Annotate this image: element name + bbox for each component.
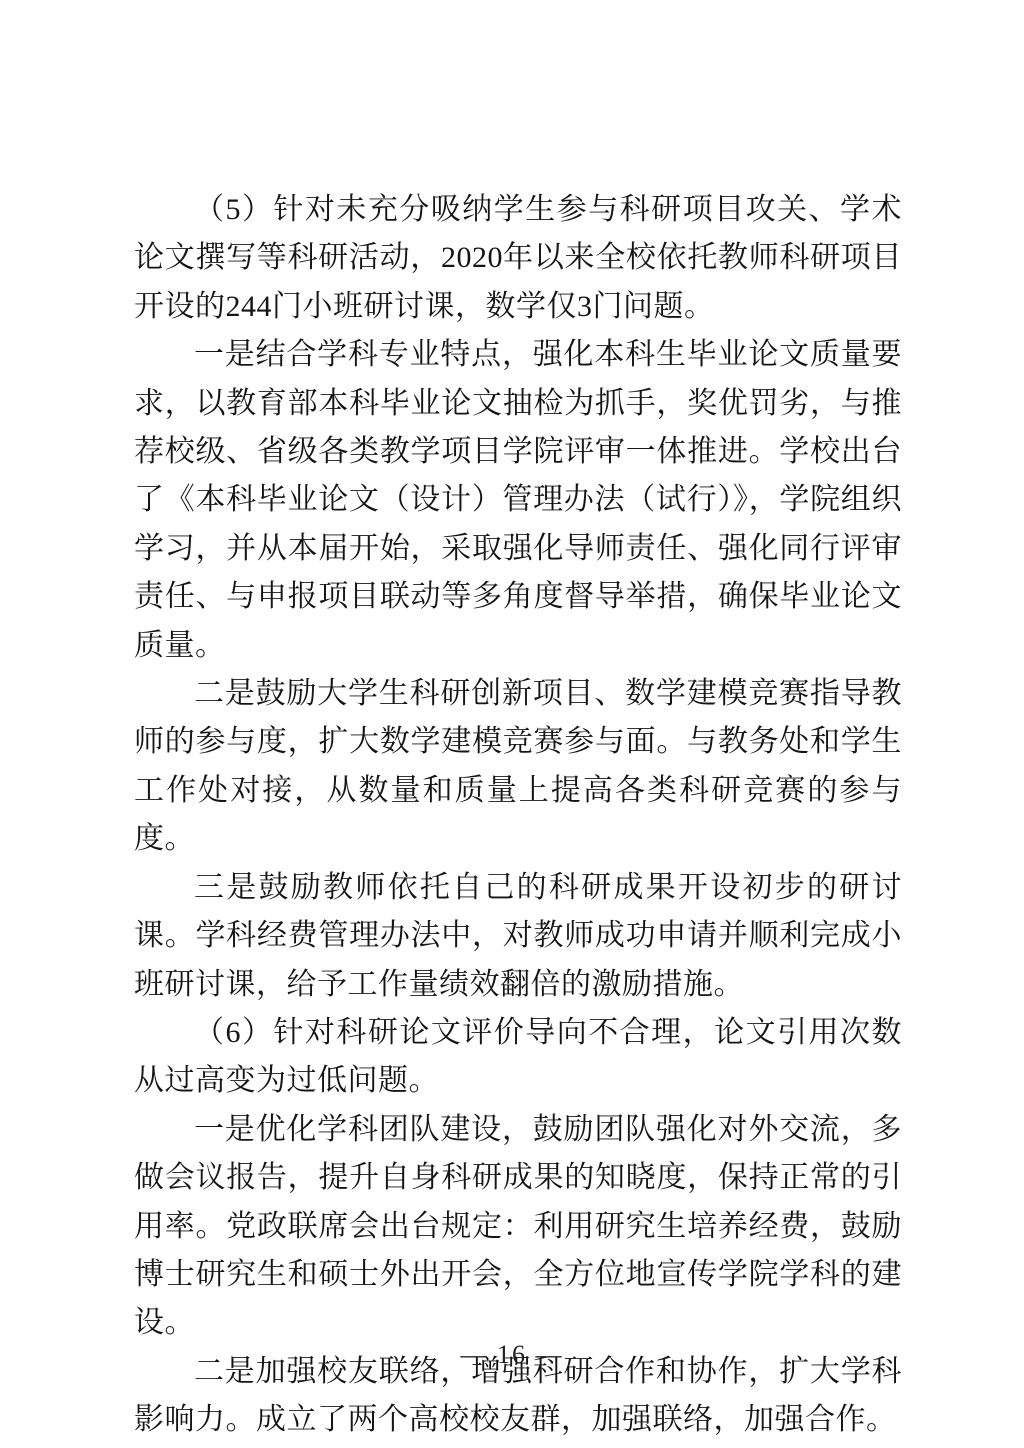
paragraph-measure-3: 三是鼓励教师依托自己的科研成果开设初步的研讨课。学科经费管理办法中，对教师成功申… [134, 864, 902, 1009]
page-number: — 16 — [0, 1340, 1024, 1370]
paragraph-measure-4: 一是优化学科团队建设，鼓励团队强化对外交流，多做会议报告，提升自身科研成果的知晓… [134, 1106, 902, 1348]
paragraph-measure-1: 一是结合学科专业特点，强化本科生毕业论文质量要求，以教育部本科毕业论文抽检为抓手… [134, 331, 902, 670]
paragraph-item-6: （6）针对科研论文评价导向不合理，论文引用次数从过高变为过低问题。 [134, 1009, 902, 1106]
paragraph-item-5: （5）针对未充分吸纳学生参与科研项目攻关、学术论文撰写等科研活动，2020年以来… [134, 186, 902, 331]
paragraph-measure-2: 二是鼓励大学生科研创新项目、数学建模竞赛指导教师的参与度，扩大数学建模竞赛参与面… [134, 670, 902, 864]
document-page: （5）针对未充分吸纳学生参与科研项目攻关、学术论文撰写等科研活动，2020年以来… [134, 186, 902, 1445]
